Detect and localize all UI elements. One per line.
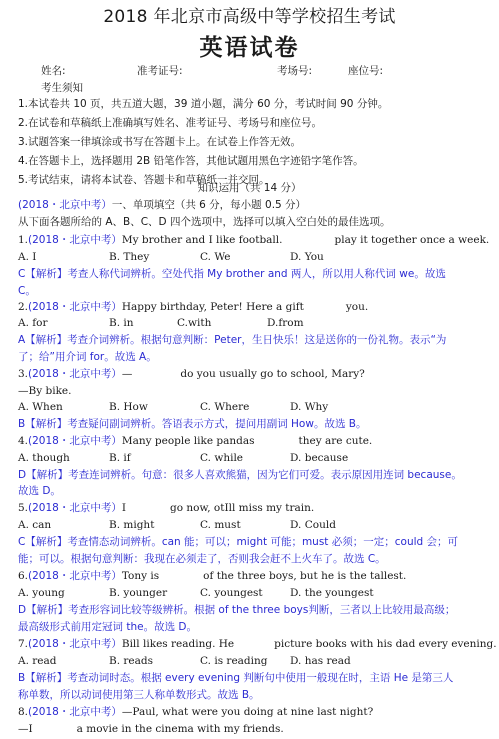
notice-item: 4.在答题卡上，选择题用 2B 铅笔作答，其他试题用黑色字迹铅字笔作答。	[18, 153, 364, 169]
question-8-reply: —Ia movie in the cinema with my friends.	[18, 721, 284, 737]
option-d: D. because	[290, 450, 348, 466]
option-a: A. When	[18, 399, 63, 415]
option-a: A. can	[18, 517, 51, 533]
question-3-reply: —By bike.	[18, 383, 71, 399]
source-tag: (2018・北京中考）	[28, 502, 122, 514]
notice-heading: 考生须知	[41, 80, 83, 95]
question-5-analysis-cont: 能；可以。根据句意判断：我现在必须走了，否则我会赶不上火车了。故选 C。	[18, 551, 386, 567]
notice-item: 2.在试卷和草稿纸上准确填写姓名、准考证号、考场号和座位号。	[18, 115, 322, 131]
option-b: B. They	[109, 249, 149, 265]
option-c: C. We	[200, 249, 231, 265]
option-a: A. read	[18, 653, 56, 669]
option-c: C. while	[200, 450, 243, 466]
field-exam-id-label: 准考证号:	[137, 63, 183, 78]
question-4-stem: 4.(2018・北京中考）Many people like pandasthey…	[18, 433, 372, 449]
question-1-analysis-cont: C。	[18, 283, 36, 299]
instruction: 从下面各题所给的 A、B、C、D 四个选项中，选择可以填入空白处的最佳选项。	[18, 214, 390, 230]
exam-page: 2018 年北京市高级中等学校招生考试 英语试卷 姓名: 准考证号: 考场号: …	[0, 0, 499, 739]
question-6-analysis: D【解析】考查形容词比较等级辨析。根据 of the three boys判断，…	[18, 602, 455, 618]
notice-item: 1.本试卷共 10 页，共五道大题，39 道小题，满分 60 分，考试时间 90…	[18, 96, 388, 112]
question-3-analysis: B【解析】考查疑问副词辨析。答语表示方式，提问用副词 How。故选 B。	[18, 416, 367, 432]
question-6-stem: 6.(2018・北京中考）Tony isof the three boys, b…	[18, 568, 406, 584]
source-tag: (2018・北京中考）	[28, 234, 122, 246]
source-tag: (2018・北京中考）	[18, 199, 112, 211]
notice-item: 3.试题答案一律填涂或书写在答题卡上。在试卷上作答无效。	[18, 134, 301, 150]
source-tag: (2018・北京中考）	[28, 638, 122, 650]
option-a: A. for	[18, 315, 48, 331]
question-7-stem: 7.(2018・北京中考）Bill likes reading. Hepictu…	[18, 636, 497, 652]
option-a: A. young	[18, 585, 65, 601]
question-8-stem: 8.(2018・北京中考）—Paul, what were you doing …	[18, 704, 373, 720]
source-tag: (2018・北京中考）	[28, 435, 122, 447]
option-c: C. is reading	[200, 653, 267, 669]
question-1-stem: 1.(2018・北京中考）My brother and I like footb…	[18, 232, 489, 248]
question-7-analysis: B【解析】考查动词时态。根据 every evening 判断句中使用一般现在时…	[18, 670, 453, 686]
option-b: B. if	[109, 450, 131, 466]
option-d: D. You	[290, 249, 324, 265]
exam-subtitle: 英语试卷	[0, 29, 499, 62]
field-room-label: 考场号:	[277, 63, 312, 78]
option-b: B. younger	[109, 585, 167, 601]
question-2-analysis-cont: 了；给”用介词 for。故选 A。	[18, 349, 157, 365]
option-d: D. has read	[290, 653, 351, 669]
option-c: C. must	[200, 517, 241, 533]
source-tag: (2018・北京中考）	[28, 301, 122, 313]
part-title: 一、单项填空（共 6 分，每小题 0.5 分）	[112, 199, 306, 211]
exam-title: 2018 年北京市高级中等学校招生考试	[0, 2, 499, 27]
question-5-analysis: C【解析】考查情态动词辨析。can 能；可以；might 可能；must 必须；…	[18, 534, 458, 550]
question-7-analysis-cont: 称单数，所以动词使用第三人称单数形式。故选 B。	[18, 687, 260, 703]
option-d: D. Could	[290, 517, 336, 533]
option-b: B. How	[109, 399, 148, 415]
option-d: D.from	[267, 315, 304, 331]
option-d: D. the youngest	[290, 585, 374, 601]
option-c: C. Where	[200, 399, 249, 415]
option-b: B. reads	[109, 653, 153, 669]
source-tag: (2018・北京中考）	[28, 570, 122, 582]
option-b: B. in	[109, 315, 134, 331]
option-b: B. might	[109, 517, 154, 533]
source-tag: (2018・北京中考）	[28, 368, 122, 380]
question-2-stem: 2.(2018・北京中考）Happy birthday, Peter! Here…	[18, 299, 368, 315]
field-seat-label: 座位号:	[348, 63, 383, 78]
option-a: A. though	[18, 450, 70, 466]
part-heading: (2018・北京中考）一、单项填空（共 6 分，每小题 0.5 分）	[18, 197, 306, 213]
question-4-analysis-cont: 故选 D。	[18, 483, 61, 499]
candidate-fields: 姓名: 准考证号: 考场号: 座位号:	[0, 63, 499, 79]
field-name-label: 姓名:	[41, 63, 66, 78]
option-c: C.with	[177, 315, 211, 331]
question-4-analysis: D【解析】考查连词辨析。句意：很多人喜欢熊猫，因为它们可爱。表示原因用连词 be…	[18, 467, 462, 483]
question-5-stem: 5.(2018・北京中考）Igo now, otIll miss my trai…	[18, 500, 314, 516]
option-c: C. youngest	[200, 585, 263, 601]
question-1-analysis: C【解析】考查人称代词辨析。空处代指 My brother and 两人，所以用…	[18, 266, 446, 282]
section-title: 知识运用（共 14 分）	[0, 180, 499, 196]
option-a: A. I	[18, 249, 36, 265]
question-6-analysis-cont: 最高级形式前用定冠词 the。故选 D。	[18, 619, 197, 635]
question-2-analysis: A【解析】考查介词辨析。根据句意判断：Peter，生日快乐！这是送你的一份礼物。…	[18, 332, 446, 348]
question-3-stem: 3.(2018・北京中考）—do you usually go to schoo…	[18, 366, 365, 382]
option-d: D. Why	[290, 399, 328, 415]
source-tag: (2018・北京中考）	[28, 706, 122, 718]
